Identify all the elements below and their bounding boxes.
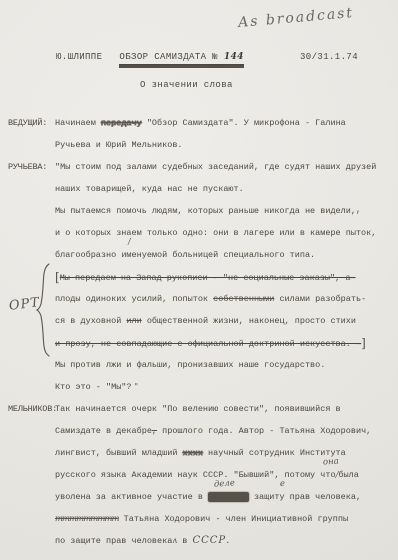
script-line: [Мы передаем на Запад рукописи - "не соц…	[55, 266, 394, 288]
text-segment: Так начинается очерк "По велению совести…	[55, 404, 341, 414]
script-line: и о которых знаем только одно: они в лаг…	[55, 222, 394, 244]
script-line: "Мы стоим под залами судебных заседаний,…	[55, 156, 394, 178]
broadcast-date: 30/31.1.74	[300, 52, 358, 62]
script-line: лингвист, бывший младший хххх научный со…	[55, 442, 394, 464]
text-segment: Ручьева и Юрий Мельников.	[55, 140, 183, 150]
text-segment: Самиздате в декабре	[55, 426, 152, 436]
text-segment: передачу	[101, 118, 142, 128]
text-segment: собственными	[213, 294, 274, 304]
script-title: ОБЗОР САМИЗДАТА № 144	[119, 52, 243, 65]
text-segment: общественной жизни, наконец, просто стих…	[142, 316, 356, 326]
text-segment: чтоона	[320, 470, 335, 480]
text-segment: ᵧ	[356, 206, 359, 216]
text-segment: или	[126, 316, 141, 326]
dialogue-block: РУЧЬЕВА:"Мы стоим под залами судебных за…	[8, 156, 394, 398]
handwritten-as-broadcast-note: As broadcast	[237, 5, 354, 31]
script-line: Мы пытаемся помочь людям, которых раньше…	[55, 200, 394, 222]
dialogue-block: ВЕДУЩИЙ:Начинаем передачу "Обзор Самизда…	[8, 112, 394, 156]
episode-subtitle: О значении слова	[140, 80, 233, 90]
text-segment: уе	[279, 492, 284, 502]
text-segment: защит	[249, 492, 280, 502]
script-line: ся в духовной или общественной жизни, на…	[55, 310, 394, 332]
dialogue: ВЕДУЩИЙ:Начинаем передачу "Обзор Самизда…	[8, 112, 394, 552]
scanned-script-page: As broadcast Ю.ШЛИППЕ ОБЗОР САМИЗДАТА № …	[0, 0, 398, 560]
text-segment: деле	[208, 492, 249, 502]
text-segment: уволена за активное участие в	[55, 492, 208, 502]
margin-brace-mark	[34, 262, 52, 358]
text-segment: в	[177, 536, 192, 546]
script-line: плоды одиноких усилий, попыток собственн…	[55, 288, 394, 310]
text-segment: была	[338, 470, 358, 480]
script-line: Самиздате в декабре, прошлого года. Авто…	[55, 420, 394, 442]
script-line: уволена за активное участие в деле защит…	[55, 486, 394, 508]
text-segment: хххх	[183, 448, 203, 458]
text-segment: mmmmmmmmm	[55, 514, 119, 524]
script-line: Ручьева и Юрий Мельников.	[55, 134, 394, 156]
text-segment: лингвист, бывший младший	[55, 448, 183, 458]
script-line: наших товарищей, куда нас не пускают.	[55, 178, 394, 200]
text-segment: Мы против лжи и фальши, пронизавших наше…	[55, 360, 325, 370]
text-segment: Кто это - "Мы"?	[55, 382, 132, 392]
text-segment: Мы пытаемся помочь людям, которых раньше…	[55, 206, 356, 216]
text-segment: "Мы стоим под залами судебных заседаний,…	[55, 162, 376, 172]
text-segment: ]	[361, 336, 366, 350]
script-line: Так начинается очерк "По велению совести…	[55, 398, 394, 420]
text-segment: "Обзор Самиздата". У микрофона - Галина	[142, 118, 346, 128]
text-segment: Начинаем	[55, 118, 101, 128]
text-segment: силами разобрать-	[274, 294, 366, 304]
text-segment: Мы передаем на Запад рукописи - "не соци…	[60, 273, 356, 283]
script-line: Кто это - "Мы"? "	[55, 376, 394, 398]
text-segment: Татьяна Ходорович - член Инициативной гр…	[119, 514, 349, 524]
text-segment: "	[132, 382, 139, 392]
author-byline: Ю.ШЛИППЕ	[56, 52, 102, 62]
text-segment: ся в духовной	[55, 316, 126, 326]
handwritten-insertion: деле	[213, 472, 235, 495]
text-segment: больницей специального типа.	[167, 250, 315, 260]
script-line: Начинаем передачу "Обзор Самиздата". У м…	[55, 112, 394, 134]
text-segment: благообразно	[55, 250, 121, 260]
text-segment: СССР.	[192, 535, 230, 546]
text-segment: именуемой/	[121, 250, 167, 260]
dialogue-block: МЕЛЬНИКОВ:Так начинается очерк "По велен…	[8, 398, 394, 552]
text-segment: по защите прав человека	[55, 536, 172, 546]
text-segment: и прозу, не совпадающие с официальной до…	[55, 339, 361, 349]
script-title-text: ОБЗОР САМИЗДАТА №	[119, 52, 223, 62]
script-header: Ю.ШЛИППЕ ОБЗОР САМИЗДАТА № 144 30/31.1.7…	[56, 52, 392, 65]
script-line: по защите прав человекаʌ в СССР.	[55, 530, 394, 552]
script-line: и прозу, не совпадающие с официальной до…	[55, 332, 394, 354]
script-line: Мы против лжи и фальши, пронизавших наше…	[55, 354, 394, 376]
speaker-label: МЕЛЬНИКОВ:	[8, 398, 57, 420]
text-segment: наших товарищей, куда нас не пускают.	[55, 184, 244, 194]
text-segment: и о которых знаем только одно: они в лаг…	[55, 228, 376, 238]
issue-number: 144	[224, 52, 244, 62]
text-segment: прав человека,	[285, 492, 362, 502]
speaker-label: ВЕДУЩИЙ:	[8, 112, 47, 134]
script-line: mmmmmmmmm Татьяна Ходорович - член Иници…	[55, 508, 394, 530]
speaker-label: РУЧЬЕВА:	[8, 156, 47, 178]
text-segment: [	[55, 270, 60, 284]
text-segment: прошлого года. Автор - Татьяна Ходорович…	[157, 426, 371, 436]
text-segment: плоды одиноких усилий, попыток	[55, 294, 213, 304]
script-line: благообразно именуемой/ больницей специа…	[55, 244, 394, 266]
